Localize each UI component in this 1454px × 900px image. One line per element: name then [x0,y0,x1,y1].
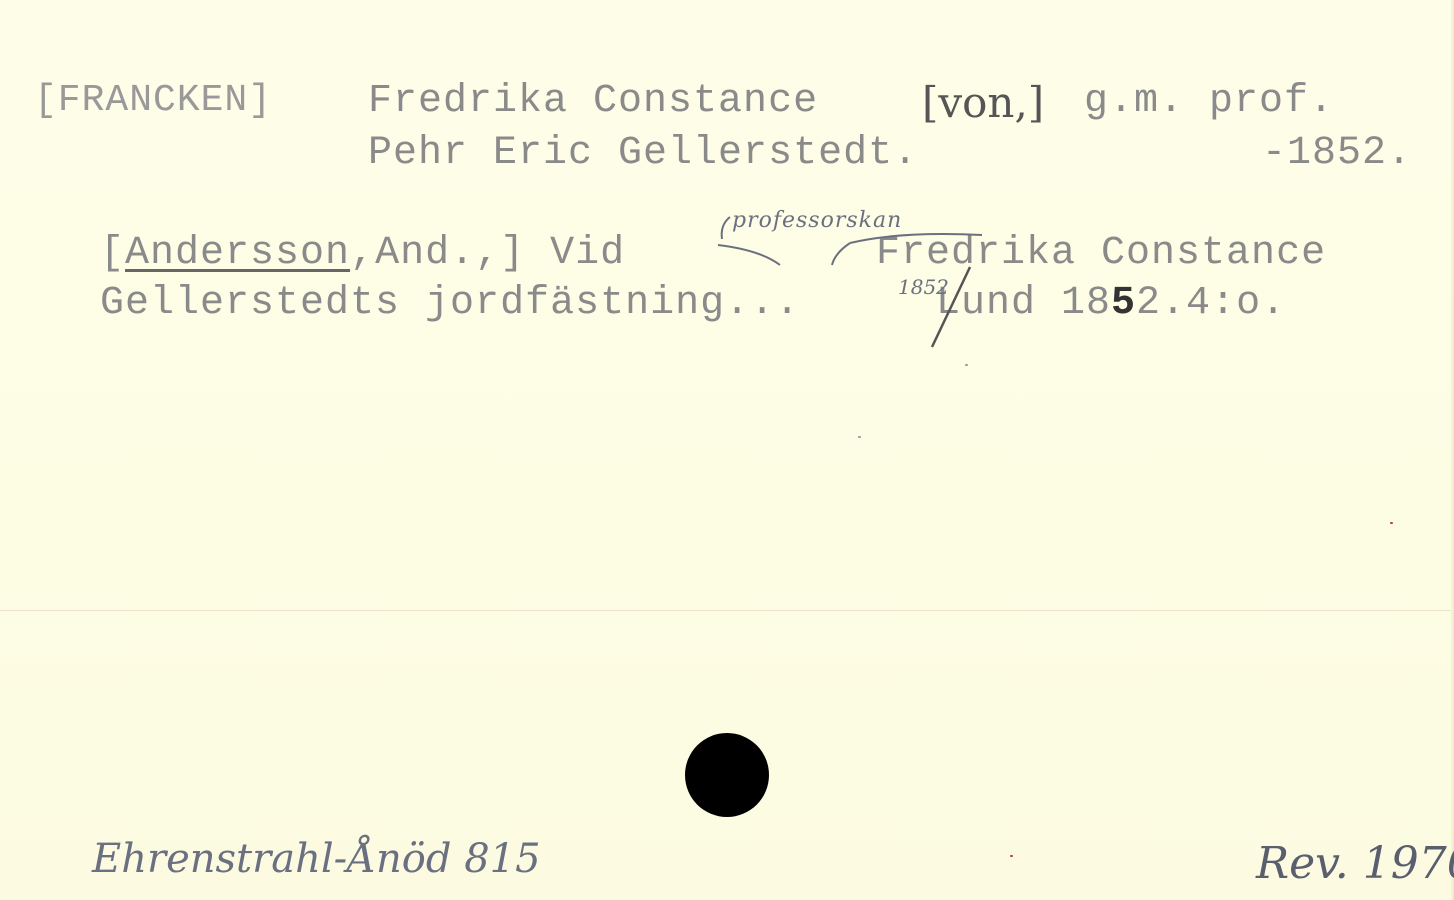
entry-title-line2: Gellerstedts jordfästning... [100,284,800,324]
heading-line1-rest: g.m. prof. [1084,82,1334,122]
heading-line1: Fredrika Constance [368,82,818,122]
catalog-card: [FRANCKEN] Fredrika Constance [von,] g.m… [0,0,1454,900]
von-insert: [von,] [922,78,1044,127]
imprint-format: 2.4:o. [1136,281,1286,326]
heading-death-year: -1852. [1262,134,1412,174]
inserted-year: 1852 [898,275,949,299]
heading-line2: Pehr Eric Gellerstedt. [368,134,918,174]
shelf-annotation: Ehrenstrahl-Ånöd 815 [92,836,541,882]
author-bracket: [ [100,231,125,276]
speck [858,436,861,438]
entry-author-rest: ,And.,] [350,231,525,276]
speck [1390,522,1393,524]
entry-line1: [Andersson,And.,] Vid [100,234,625,274]
insertion-marks [700,205,1000,355]
speck [1010,855,1013,857]
card-fold-line [0,610,1454,611]
entry-title-start: Vid [550,231,625,276]
heading-bracketed-name: [FRANCKEN] [34,82,272,120]
punch-hole [685,733,769,817]
imprint-corrected-digit: 5 [1111,281,1136,326]
revision-note: Rev. 1970 [1256,838,1454,889]
speck [965,364,968,366]
entry-author: Andersson [125,231,350,276]
